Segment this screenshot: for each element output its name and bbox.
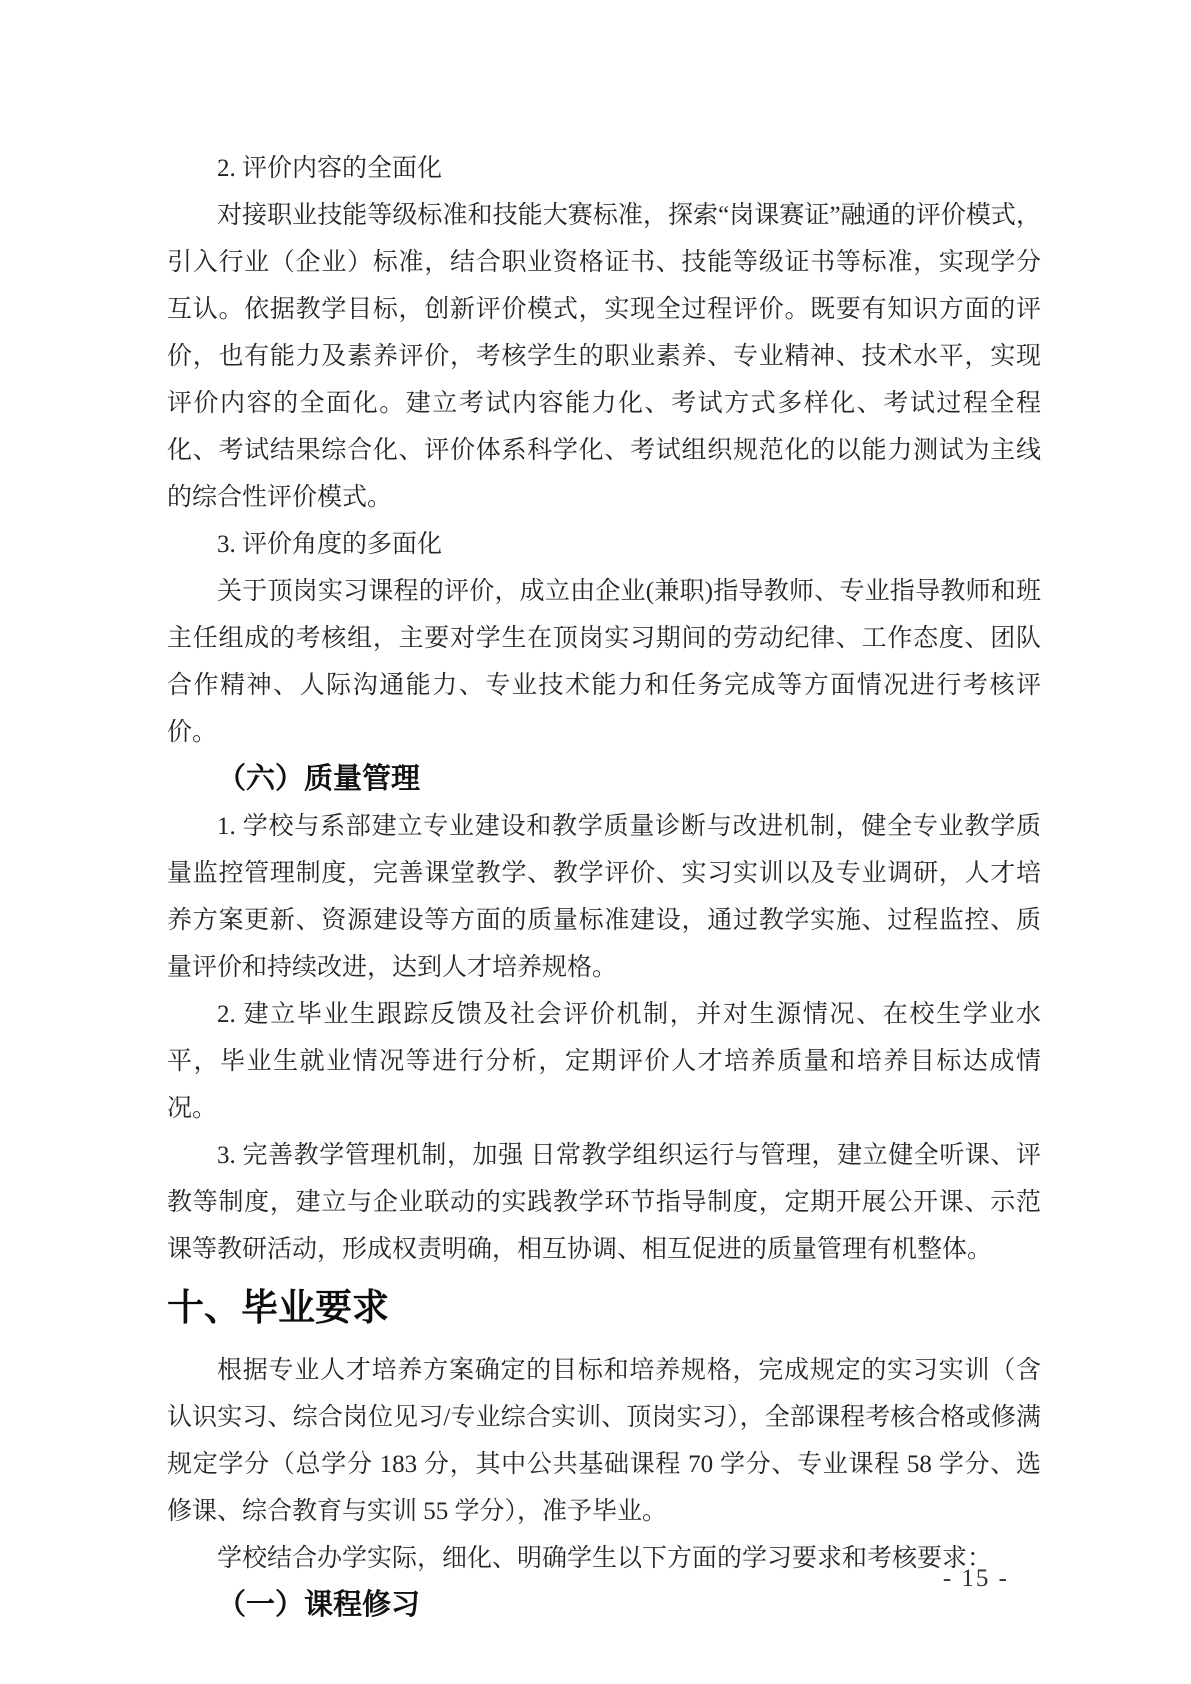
body-paragraph: 2. 建立毕业生跟踪反馈及社会评价机制，并对生源情况、在校生学业水平，毕业生就业… <box>167 991 1041 1132</box>
section-heading: （一）课程修习 <box>167 1582 1041 1629</box>
body-paragraph: 3. 完善教学管理机制，加强 日常教学组织运行与管理，建立健全听课、评教等制度，… <box>167 1132 1041 1273</box>
chapter-heading: 十、毕业要求 <box>167 1279 1041 1337</box>
page: 2. 评价内容的全面化对接职业技能等级标准和技能大赛标准，探索“岗课赛证”融通的… <box>0 0 1191 1684</box>
numbered-item: 2. 评价内容的全面化 <box>167 145 1041 192</box>
section-heading: （六）质量管理 <box>167 756 1041 803</box>
body-paragraph: 1. 学校与系部建立专业建设和教学质量诊断与改进机制，健全专业教学质量监控管理制… <box>167 803 1041 991</box>
body-paragraph: 根据专业人才培养方案确定的目标和培养规格，完成规定的实习实训（含认识实习、综合岗… <box>167 1347 1041 1535</box>
body-paragraph: 对接职业技能等级标准和技能大赛标准，探索“岗课赛证”融通的评价模式，引入行业（企… <box>167 192 1041 521</box>
body-paragraph: 关于顶岗实习课程的评价，成立由企业(兼职)指导教师、专业指导教师和班主任组成的考… <box>167 568 1041 756</box>
document-body: 2. 评价内容的全面化对接职业技能等级标准和技能大赛标准，探索“岗课赛证”融通的… <box>167 145 1041 1629</box>
numbered-item: 3. 评价角度的多面化 <box>167 521 1041 568</box>
body-paragraph: 学校结合办学实际，细化、明确学生以下方面的学习要求和考核要求： <box>167 1535 1041 1582</box>
page-number: - 15 - <box>943 1564 1009 1594</box>
